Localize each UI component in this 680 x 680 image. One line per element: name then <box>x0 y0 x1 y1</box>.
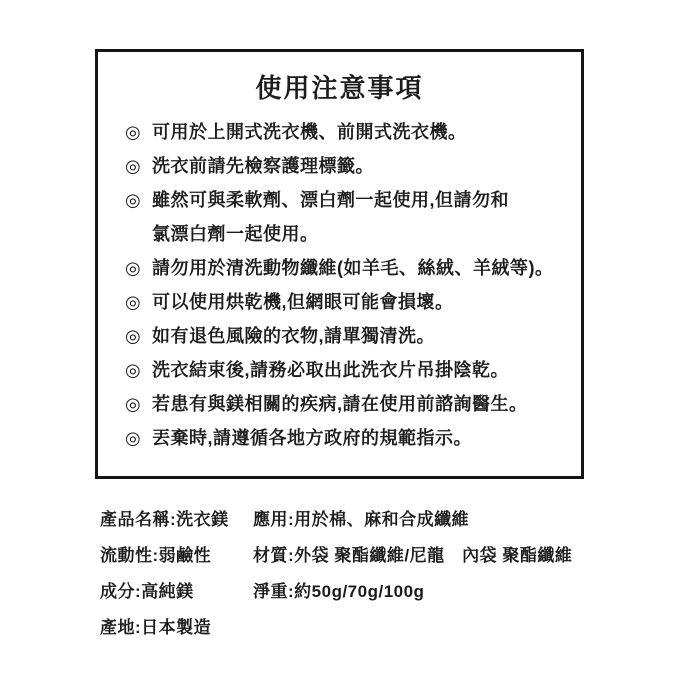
notice-item: ◎洗衣結束後,請務必取出此洗衣片吊掛陰乾。 <box>125 353 577 387</box>
notice-item-text: 請勿用於清洗動物纖維(如羊毛、絲絨、羊絨等)。 <box>152 258 554 278</box>
notice-title: 使用注意事項 <box>98 72 581 104</box>
bullet-marker: ◎ <box>125 183 152 217</box>
notice-list: ◎可用於上開式洗衣機、前開式洗衣機。 ◎洗衣前請先檢察護理標籤。 ◎雖然可與柔軟… <box>98 115 581 455</box>
notice-item: ◎若患有與鎂相關的疾病,請在使用前諮詢醫生。 <box>125 387 577 421</box>
spec-row: 產地:日本製造 <box>100 610 612 646</box>
spec-fluidity: 流動性:弱鹼性 <box>100 538 253 574</box>
notice-item: ◎如有退色風險的衣物,請單獨清洗。 <box>125 319 577 353</box>
bullet-marker: ◎ <box>125 421 152 455</box>
notice-item-text: 可以使用烘乾機,但網眼可能會損壞。 <box>152 292 454 312</box>
notice-item: ◎請勿用於清洗動物纖維(如羊毛、絲絨、羊絨等)。 <box>125 251 577 285</box>
notice-item-continuation: 氯漂白劑一起使用。 <box>125 217 577 251</box>
notice-item: ◎可以使用烘乾機,但網眼可能會損壞。 <box>125 285 577 319</box>
spec-product-name: 產品名稱:洗衣鎂 <box>100 502 253 538</box>
notice-item-text: 可用於上開式洗衣機、前開式洗衣機。 <box>152 122 467 142</box>
bullet-marker: ◎ <box>125 319 152 353</box>
bullet-marker: ◎ <box>125 115 152 149</box>
notice-item-text: 若患有與鎂相關的疾病,請在使用前諮詢醫生。 <box>152 394 528 414</box>
bullet-marker: ◎ <box>125 353 152 387</box>
spec-ingredient: 成分:高純鎂 <box>100 574 253 610</box>
notice-item-text: 洗衣前請先檢察護理標籤。 <box>152 156 374 176</box>
usage-notice-box: 使用注意事項 ◎可用於上開式洗衣機、前開式洗衣機。 ◎洗衣前請先檢察護理標籤。 … <box>95 49 584 479</box>
product-specs-section: 產品名稱:洗衣鎂 應用:用於棉、麻和合成纖維 流動性:弱鹼性 材質:外袋 聚酯纖… <box>100 502 612 646</box>
bullet-marker: ◎ <box>125 149 152 183</box>
notice-item: ◎雖然可與柔軟劑、漂白劑一起使用,但請勿和 <box>125 183 577 217</box>
spec-application: 應用:用於棉、麻和合成纖維 <box>253 502 469 538</box>
bullet-marker: ◎ <box>125 387 152 421</box>
spec-material: 材質:外袋 聚酯纖維/尼龍 內袋 聚酯纖維 <box>253 538 572 574</box>
spec-row: 產品名稱:洗衣鎂 應用:用於棉、麻和合成纖維 <box>100 502 612 538</box>
notice-item-text: 洗衣結束後,請務必取出此洗衣片吊掛陰乾。 <box>152 360 509 380</box>
bullet-marker: ◎ <box>125 251 152 285</box>
notice-item-text: 雖然可與柔軟劑、漂白劑一起使用,但請勿和 <box>152 190 509 210</box>
spec-net-weight: 淨重:約50g/70g/100g <box>253 574 424 610</box>
notice-item-text: 如有退色風險的衣物,請單獨清洗。 <box>152 326 435 346</box>
notice-item-text: 丟棄時,請遵循各地方政府的規範指示。 <box>152 428 472 448</box>
notice-item: ◎丟棄時,請遵循各地方政府的規範指示。 <box>125 421 577 455</box>
notice-item-text: 氯漂白劑一起使用。 <box>152 224 319 244</box>
notice-item: ◎洗衣前請先檢察護理標籤。 <box>125 149 577 183</box>
spec-origin: 產地:日本製造 <box>100 610 253 646</box>
spec-row: 成分:高純鎂 淨重:約50g/70g/100g <box>100 574 612 610</box>
notice-item: ◎可用於上開式洗衣機、前開式洗衣機。 <box>125 115 577 149</box>
spec-row: 流動性:弱鹼性 材質:外袋 聚酯纖維/尼龍 內袋 聚酯纖維 <box>100 538 612 574</box>
bullet-marker: ◎ <box>125 285 152 319</box>
